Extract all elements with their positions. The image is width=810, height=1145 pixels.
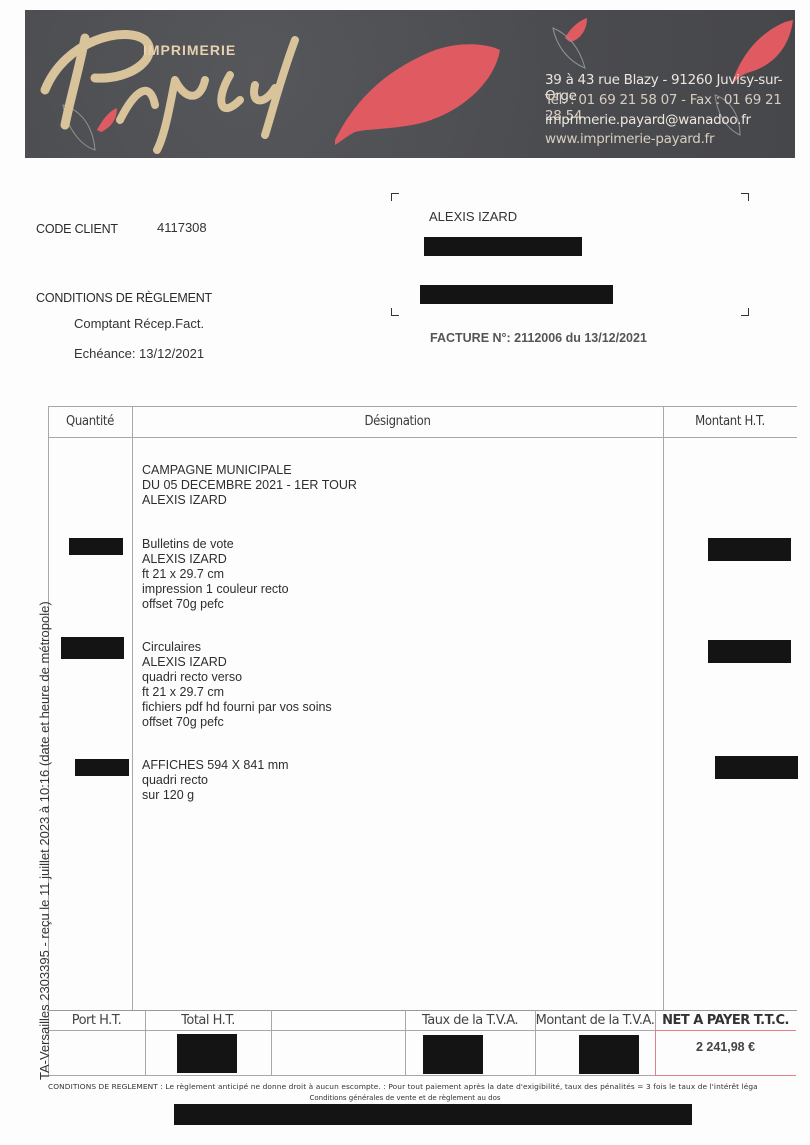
totals-bottom-border [48, 1075, 655, 1076]
redacted-address-line1 [424, 237, 582, 256]
totals-header-border [48, 1030, 655, 1031]
redacted-quantity [69, 538, 123, 555]
recipient-name: ALEXIS IZARD [429, 209, 517, 224]
header-amount: Montant H.T. [670, 414, 791, 429]
port-ht-label: Port H.T. [48, 1013, 145, 1028]
payment-terms: CONDITIONS DE REGLEMENT : Le règlement a… [48, 1082, 808, 1091]
client-code-label: CODE CLIENT [36, 222, 118, 236]
address-corner-mark [741, 308, 749, 316]
header-quantity: Quantité [52, 414, 128, 429]
letterhead-banner: IMPRIMERIE 39 à 43 rue Blazy - 91260 Juv… [25, 10, 795, 158]
table-header-border [48, 437, 797, 438]
address-corner-mark [391, 308, 399, 316]
redacted-quantity [61, 637, 124, 659]
invoice-number: FACTURE N°: 2112006 du 13/12/2021 [430, 331, 647, 345]
campaign-intro: CAMPAGNE MUNICIPALE DU 05 DECEMBRE 2021 … [142, 463, 357, 508]
header-designation: Désignation [159, 414, 637, 429]
line-item-designation: Circulaires ALEXIS IZARD quadri recto ve… [142, 640, 332, 730]
net-to-pay-label: NET A PAYER T.T.C. [655, 1013, 796, 1028]
redacted-amount [708, 538, 791, 561]
client-code-value: 4117308 [157, 220, 207, 235]
total-ht-label: Total H.T. [145, 1013, 271, 1028]
company-email: imprimerie.payard@wanadoo.fr [545, 112, 751, 128]
column-divider [132, 406, 133, 1010]
redacted-tva-rate [423, 1035, 483, 1074]
company-subtitle: IMPRIMERIE [143, 42, 236, 58]
court-receipt-stamp: TA-Versailles 2303395 - reçu le 11 juill… [37, 601, 52, 1080]
payment-conditions-value: Comptant Récep.Fact. [74, 316, 204, 331]
company-website: www.imprimerie-payard.fr [545, 131, 714, 147]
address-corner-mark [391, 193, 399, 201]
line-item-designation: Bulletins de vote ALEXIS IZARD ft 21 x 2… [142, 537, 289, 612]
redacted-address-line2 [420, 285, 613, 304]
due-date: Echéance: 13/12/2021 [74, 346, 204, 361]
redacted-quantity [75, 759, 129, 776]
tva-rate-label: Taux de la T.V.A. [405, 1013, 535, 1028]
general-conditions-note: Conditions générales de vente et de règl… [0, 1094, 810, 1102]
totals-top-border [48, 1010, 797, 1011]
redacted-amount [715, 756, 798, 779]
column-divider [271, 1010, 272, 1075]
redacted-tva-amount [579, 1035, 639, 1074]
payment-conditions-label: CONDITIONS DE RÈGLEMENT [36, 291, 212, 305]
redacted-footer-line [174, 1104, 692, 1125]
table-top-border [48, 406, 797, 407]
tva-amount-label: Montant de la T.V.A. [535, 1013, 655, 1028]
redacted-amount [708, 640, 791, 663]
line-item-designation: AFFICHES 594 X 841 mm quadri recto sur 1… [142, 758, 289, 803]
net-to-pay-value: 2 241,98 € [655, 1040, 796, 1054]
column-divider [663, 406, 664, 1010]
redacted-total-ht [177, 1034, 237, 1073]
address-corner-mark [741, 193, 749, 201]
